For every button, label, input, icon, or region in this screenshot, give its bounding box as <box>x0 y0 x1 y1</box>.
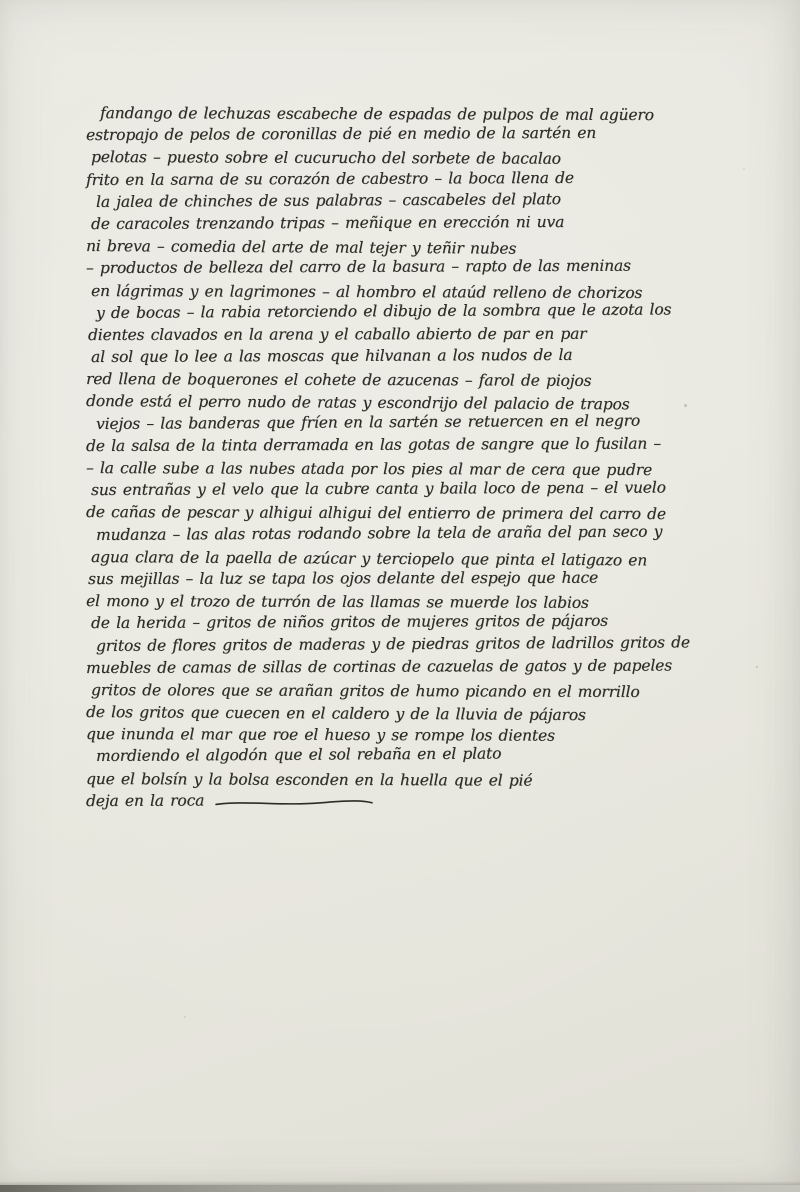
paper-speck <box>743 168 745 170</box>
poem-line: mordiendo el algodón que el sol rebaña e… <box>86 741 738 767</box>
poem-line: sus mejillas – la luz se tapa los ojos d… <box>86 566 738 590</box>
poem-line: red llena de boquerones el cohete de azu… <box>86 368 738 392</box>
poem-line: de la salsa de la tinta derramada en las… <box>86 432 738 457</box>
poem-line: la jalea de chinches de sus palabras – c… <box>86 187 738 213</box>
poem-line: deja en la roca <box>86 787 738 812</box>
poem-line: sus entrañas y el velo que la cubre cant… <box>86 476 738 501</box>
poem-line: muebles de camas de sillas de cortinas d… <box>86 654 738 679</box>
poem-line: gritos de flores gritos de maderas y de … <box>86 631 738 657</box>
paper-speck <box>184 1016 186 1018</box>
poem-line-text: deja en la roca <box>86 789 204 812</box>
poem-line: y de bocas – la rabia retorciendo el dib… <box>86 298 738 324</box>
pen-flourish-line <box>214 797 374 810</box>
paper-bottom-edge <box>0 1185 800 1192</box>
poem-line: dientes clavados en la arena y el caball… <box>86 322 738 346</box>
paper-speck <box>684 404 687 407</box>
poem-line: estropajo de pelos de coronillas de pié … <box>86 121 738 146</box>
poem-line: de caracoles trenzando tripas – meñique … <box>86 210 738 235</box>
poem-line: mudanza – las alas rotas rodando sobre l… <box>86 520 738 546</box>
poem-line: al sol que lo lee a las moscas que hilva… <box>86 343 738 368</box>
poem-line: – productos de belleza del carro de la b… <box>86 254 738 279</box>
poem-line: gritos de olores que se arañan gritos de… <box>86 679 738 703</box>
poem-text-block: fandango de lechuzas escabeche de espada… <box>86 102 738 812</box>
poem-line: viejos – las banderas que fríen en la sa… <box>86 409 738 435</box>
manuscript-page: fandango de lechuzas escabeche de espada… <box>0 0 800 1192</box>
paper-speck <box>756 666 758 668</box>
